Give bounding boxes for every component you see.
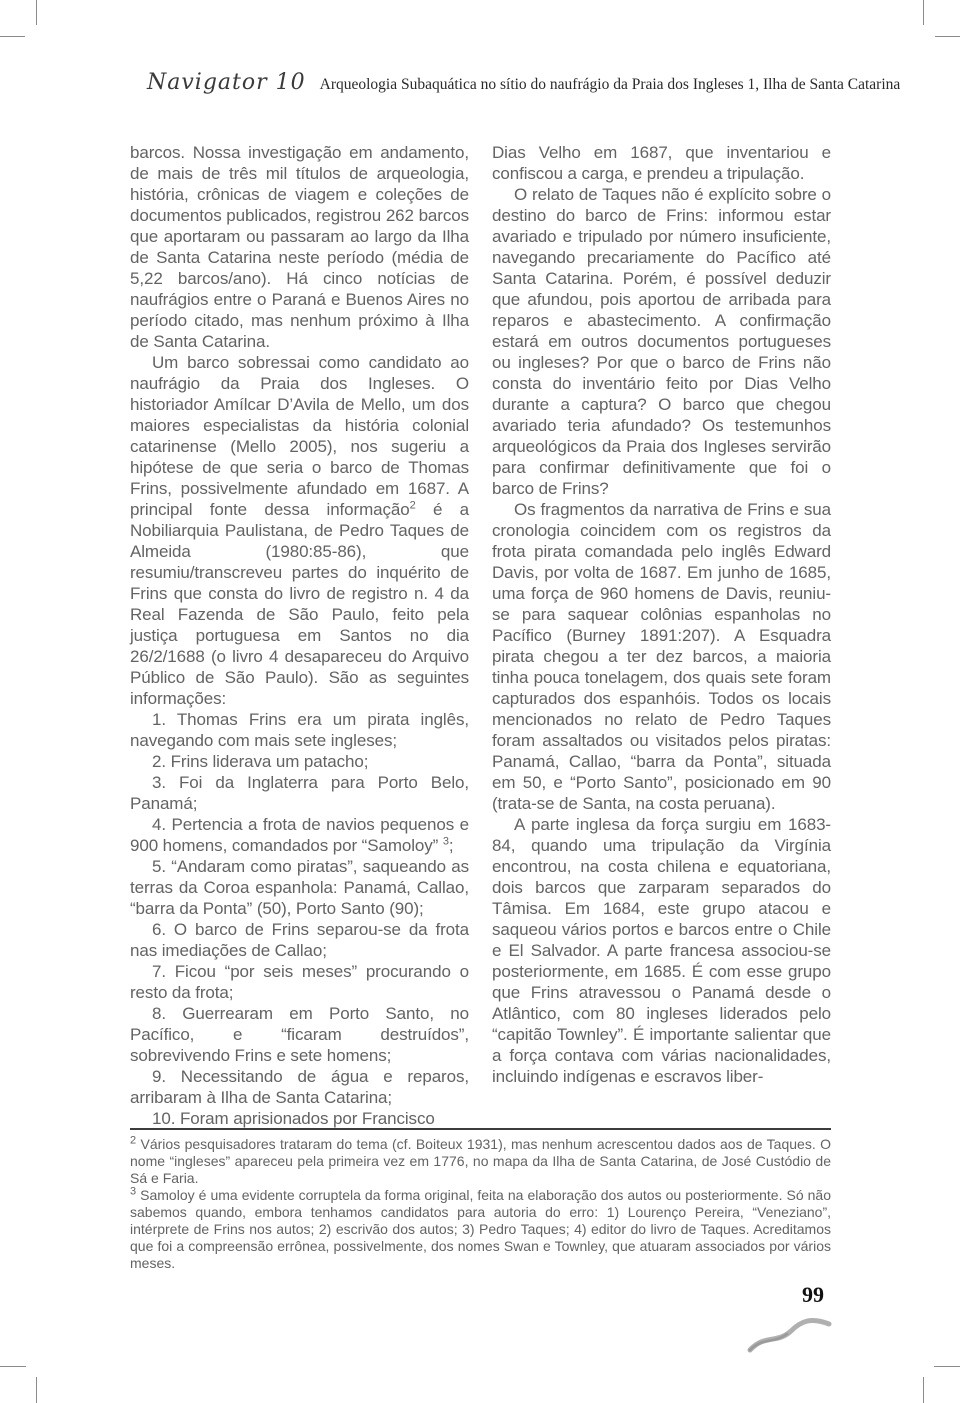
footnote-reference: 2 <box>410 499 416 511</box>
journal-page: Navigator 10 Arqueologia Subaquática no … <box>0 0 960 1403</box>
crop-mark-bottom-left-vertical <box>36 1377 37 1403</box>
crop-mark-bottom-left-horizontal <box>0 1366 26 1367</box>
crop-mark-top-left-horizontal <box>0 36 25 37</box>
journal-logo: Navigator 10 <box>147 70 306 95</box>
paragraph: A parte inglesa da força surgiu em 1683-… <box>492 814 831 1087</box>
column-right: Dias Velho em 1687, que inventariou e co… <box>492 142 831 1129</box>
page-number-block: 99 <box>745 1278 855 1358</box>
paragraph: O relato de Taques não é explícito sobre… <box>492 184 831 499</box>
running-header: Navigator 10 Arqueologia Subaquática no … <box>147 70 847 95</box>
footnote-reference: 3 <box>130 1185 136 1197</box>
footnote-separator <box>130 1128 831 1130</box>
paragraph: 5. “Andaram como piratas”, saqueando as … <box>130 856 469 919</box>
column-left: barcos. Nossa investigação em andamento,… <box>130 142 469 1129</box>
footnote-reference: 2 <box>130 1134 136 1146</box>
crop-mark-top-right-vertical <box>923 0 924 25</box>
paragraph: 7. Ficou “por seis meses” procurando o r… <box>130 961 469 1003</box>
paragraph: 6. O barco de Frins separou-se da frota … <box>130 919 469 961</box>
running-title: Arqueologia Subaquática no sítio do nauf… <box>320 76 901 94</box>
navigator-swoosh-icon <box>747 1304 839 1356</box>
crop-mark-bottom-right-vertical <box>923 1377 924 1403</box>
footnote: 3 Samoloy é uma evidente corruptela da f… <box>130 1187 831 1272</box>
article-body: barcos. Nossa investigação em andamento,… <box>130 142 831 1129</box>
paragraph: 1. Thomas Frins era um pirata inglês, na… <box>130 709 469 751</box>
paragraph: 10. Foram aprisionados por Francisco <box>130 1108 469 1129</box>
paragraph: Um barco sobressai como candidato ao nau… <box>130 352 469 709</box>
footnotes: 2 Vários pesquisadores trataram do tema … <box>130 1136 831 1272</box>
footnote: 2 Vários pesquisadores trataram do tema … <box>130 1136 831 1187</box>
paragraph: 2. Frins liderava um patacho; <box>130 751 469 772</box>
crop-mark-bottom-right-horizontal <box>934 1366 960 1367</box>
paragraph: 8. Guerrearam em Porto Santo, no Pacífic… <box>130 1003 469 1066</box>
paragraph: 3. Foi da Inglaterra para Porto Belo, Pa… <box>130 772 469 814</box>
footnote-reference: 3 <box>443 835 449 847</box>
paragraph: 9. Necessitando de água e reparos, arrib… <box>130 1066 469 1108</box>
crop-mark-top-right-horizontal <box>935 36 960 37</box>
crop-mark-top-left-vertical <box>36 0 37 25</box>
paragraph: Os fragmentos da narrativa de Frins e su… <box>492 499 831 814</box>
paragraph: Dias Velho em 1687, que inventariou e co… <box>492 142 831 184</box>
paragraph: barcos. Nossa investigação em andamento,… <box>130 142 469 352</box>
paragraph: 4. Pertencia a frota de navios pequenos … <box>130 814 469 856</box>
